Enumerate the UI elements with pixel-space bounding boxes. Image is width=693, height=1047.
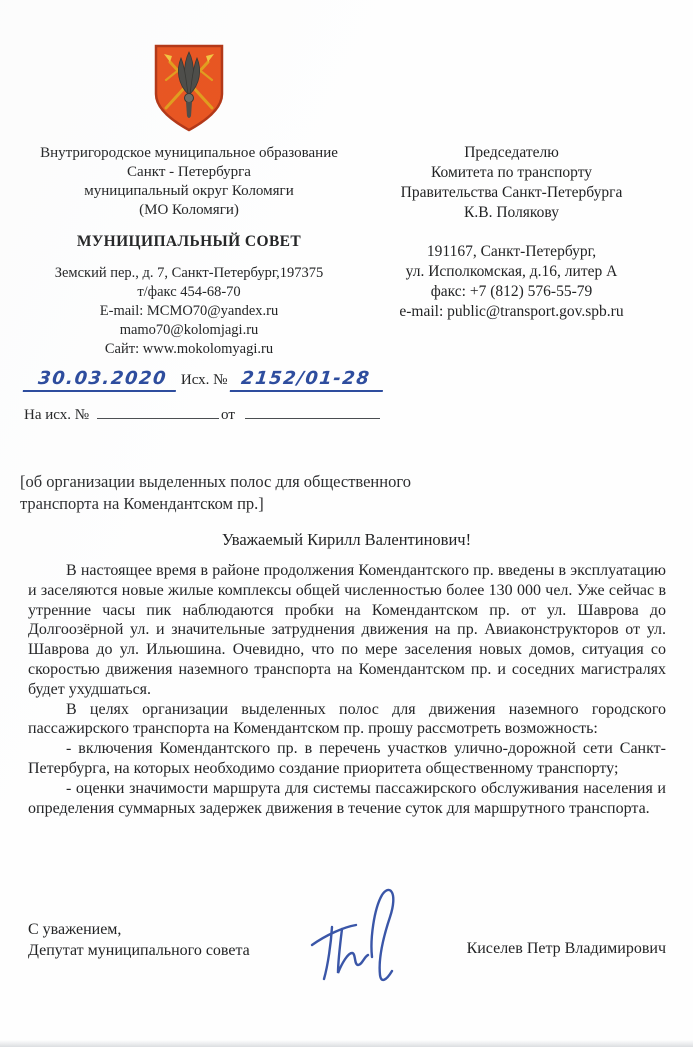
recipient-fax: факс: +7 (812) 576-55-79 [354,282,669,302]
recipient-address-line: ул. Исполкомская, д.16, литер А [354,262,669,282]
signature-closing: С уважением, Депутат муниципального сове… [28,905,298,961]
recipient-email: e-mail: public@transport.gov.spb.ru [354,302,669,322]
letter-body: В настоящее время в районе продолжения К… [0,550,693,818]
signer-position: Депутат муниципального совета [28,940,298,961]
recipient-address: 191167, Санкт-Петербург, ул. Исполкомска… [354,242,669,322]
subject-text: транспорта на Комендантском пр.] [20,493,465,515]
body-paragraph: В настоящее время в районе продолжения К… [28,561,666,700]
handwritten-outgoing-number: 2152/01-28 [230,368,386,392]
sender-address-line: Земский пер., д. 7, Санкт-Петербург,1973… [24,264,354,283]
recipient-block: Председателю Комитета по транспорту Прав… [354,42,669,359]
incoming-date-blank [245,405,380,419]
sender-email: mamo70@kolomjagi.ru [24,321,354,340]
sender-website: Сайт: www.mokolomyagi.ru [24,340,354,359]
sender-address-line: т/факс 454-68-70 [24,283,354,302]
sender-block: Внутригородское муниципальное образовани… [24,42,354,359]
council-title: МУНИЦИПАЛЬНЫЙ СОВЕТ [24,233,354,251]
sender-address: Земский пер., д. 7, Санкт-Петербург,1973… [24,264,354,359]
recipient-address-line: 191167, Санкт-Петербург, [354,242,669,262]
handwritten-signature [298,883,433,998]
closing-text: С уважением, [28,919,298,940]
handwritten-date: 30.03.2020 [23,368,178,392]
org-name-line: (МО Коломяги) [24,201,354,220]
recipient-name: К.В. Полякову [354,203,669,223]
scan-artifact [0,1040,693,1047]
from-label: от [221,407,235,424]
letterhead: Внутригородское муниципальное образовани… [0,0,693,359]
outgoing-reference-line: 30.03.2020 Исх. № 2152/01-28 [24,368,669,392]
salutation: Уважаемый Кирилл Валентинович! [0,530,693,550]
incoming-reference-line: На исх. № от [24,405,669,424]
org-name-line: муниципальный округ Коломяги [24,182,354,201]
org-name-line: Санкт - Петербурга [24,163,354,182]
body-paragraph: В целях организации выделенных полос для… [28,700,666,740]
recipient-line: Правительства Санкт-Петербурга [354,183,669,203]
body-paragraph: - включения Комендантского пр. в перечен… [28,739,666,779]
incoming-number-label: На исх. № [24,407,89,424]
recipient-line: Комитета по транспорту [354,163,669,183]
signer-name: Киселев Петр Владимирович [433,905,666,958]
recipient-line: Председателю [354,143,669,163]
subject-text: [об организации выделенных полос для общ… [20,471,465,493]
org-name-line: Внутригородское муниципальное образовани… [24,144,354,163]
outgoing-number-label: Исх. № [177,372,232,389]
letter-page: Внутригородское муниципальное образовани… [0,0,693,1047]
sender-email: E-mail: MCMO70@yandex.ru [24,302,354,321]
incoming-number-blank [97,405,219,419]
coat-of-arms [148,42,230,134]
reference-block: 30.03.2020 Исх. № 2152/01-28 На исх. № о… [0,359,693,424]
subject-line: [об организации выделенных полос для общ… [20,471,465,515]
body-paragraph: - оценки значимости маршрута для системы… [28,779,666,819]
signature-block: С уважением, Депутат муниципального сове… [28,905,666,998]
